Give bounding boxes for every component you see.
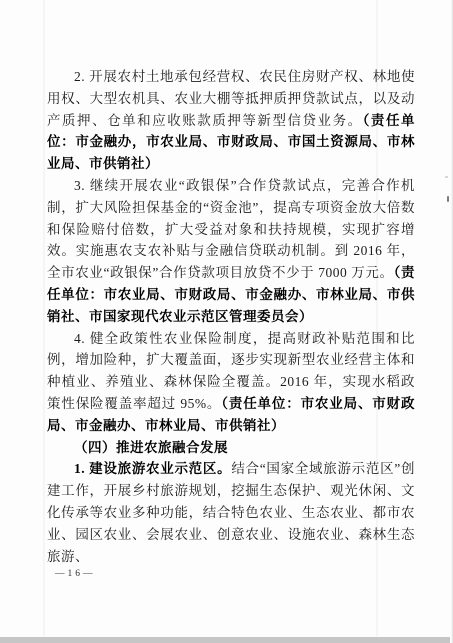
scan-speck-artifact	[445, 176, 448, 178]
section-heading: （四）推进农旅融合发展	[47, 437, 415, 459]
document-body: 2. 开展农村土地承包经营权、农民住房财产权、林地使用权、大型农机具、农业大棚等…	[47, 66, 415, 567]
paragraph: 4. 健全政策性农业保险制度，提高财政补贴范围和比例，增加险种，扩大覆盖面，逐步…	[47, 328, 415, 437]
bold-text-segment: （四）推进农旅融合发展	[74, 440, 228, 455]
page-number: —16—	[55, 569, 96, 579]
paragraph: 2. 开展农村土地承包经营权、农民住房财产权、林地使用权、大型农机具、农业大棚等…	[47, 66, 415, 175]
paragraph: 3. 继续开展农业“政银保”合作贷款试点，完善合作机制，扩大风险担保基金的“资金…	[47, 175, 415, 328]
text-segment: 3. 继续开展农业“政银保”合作贷款试点，完善合作机制，扩大风险担保基金的“资金…	[47, 178, 415, 280]
bold-text-segment: 1. 建设旅游农业示范区。	[74, 461, 231, 476]
scanned-document-page: 2. 开展农村土地承包经营权、农民住房财产权、林地使用权、大型农机具、农业大棚等…	[0, 0, 453, 643]
scan-speck-artifact	[447, 196, 449, 202]
text-segment: 2. 开展农村土地承包经营权、农民住房财产权、林地使用权、大型农机具、农业大棚等…	[47, 69, 415, 128]
paragraph: 1. 建设旅游农业示范区。结合“国家全域旅游示范区”创建工作，开展乡村旅游规划，…	[47, 458, 415, 567]
scan-bottom-edge	[0, 637, 450, 643]
text-segment: 结合“国家全域旅游示范区”创建工作，开展乡村旅游规划，挖掘生态保护、观光休闲、文…	[47, 461, 415, 563]
scan-band-artifact	[43, 0, 45, 636]
